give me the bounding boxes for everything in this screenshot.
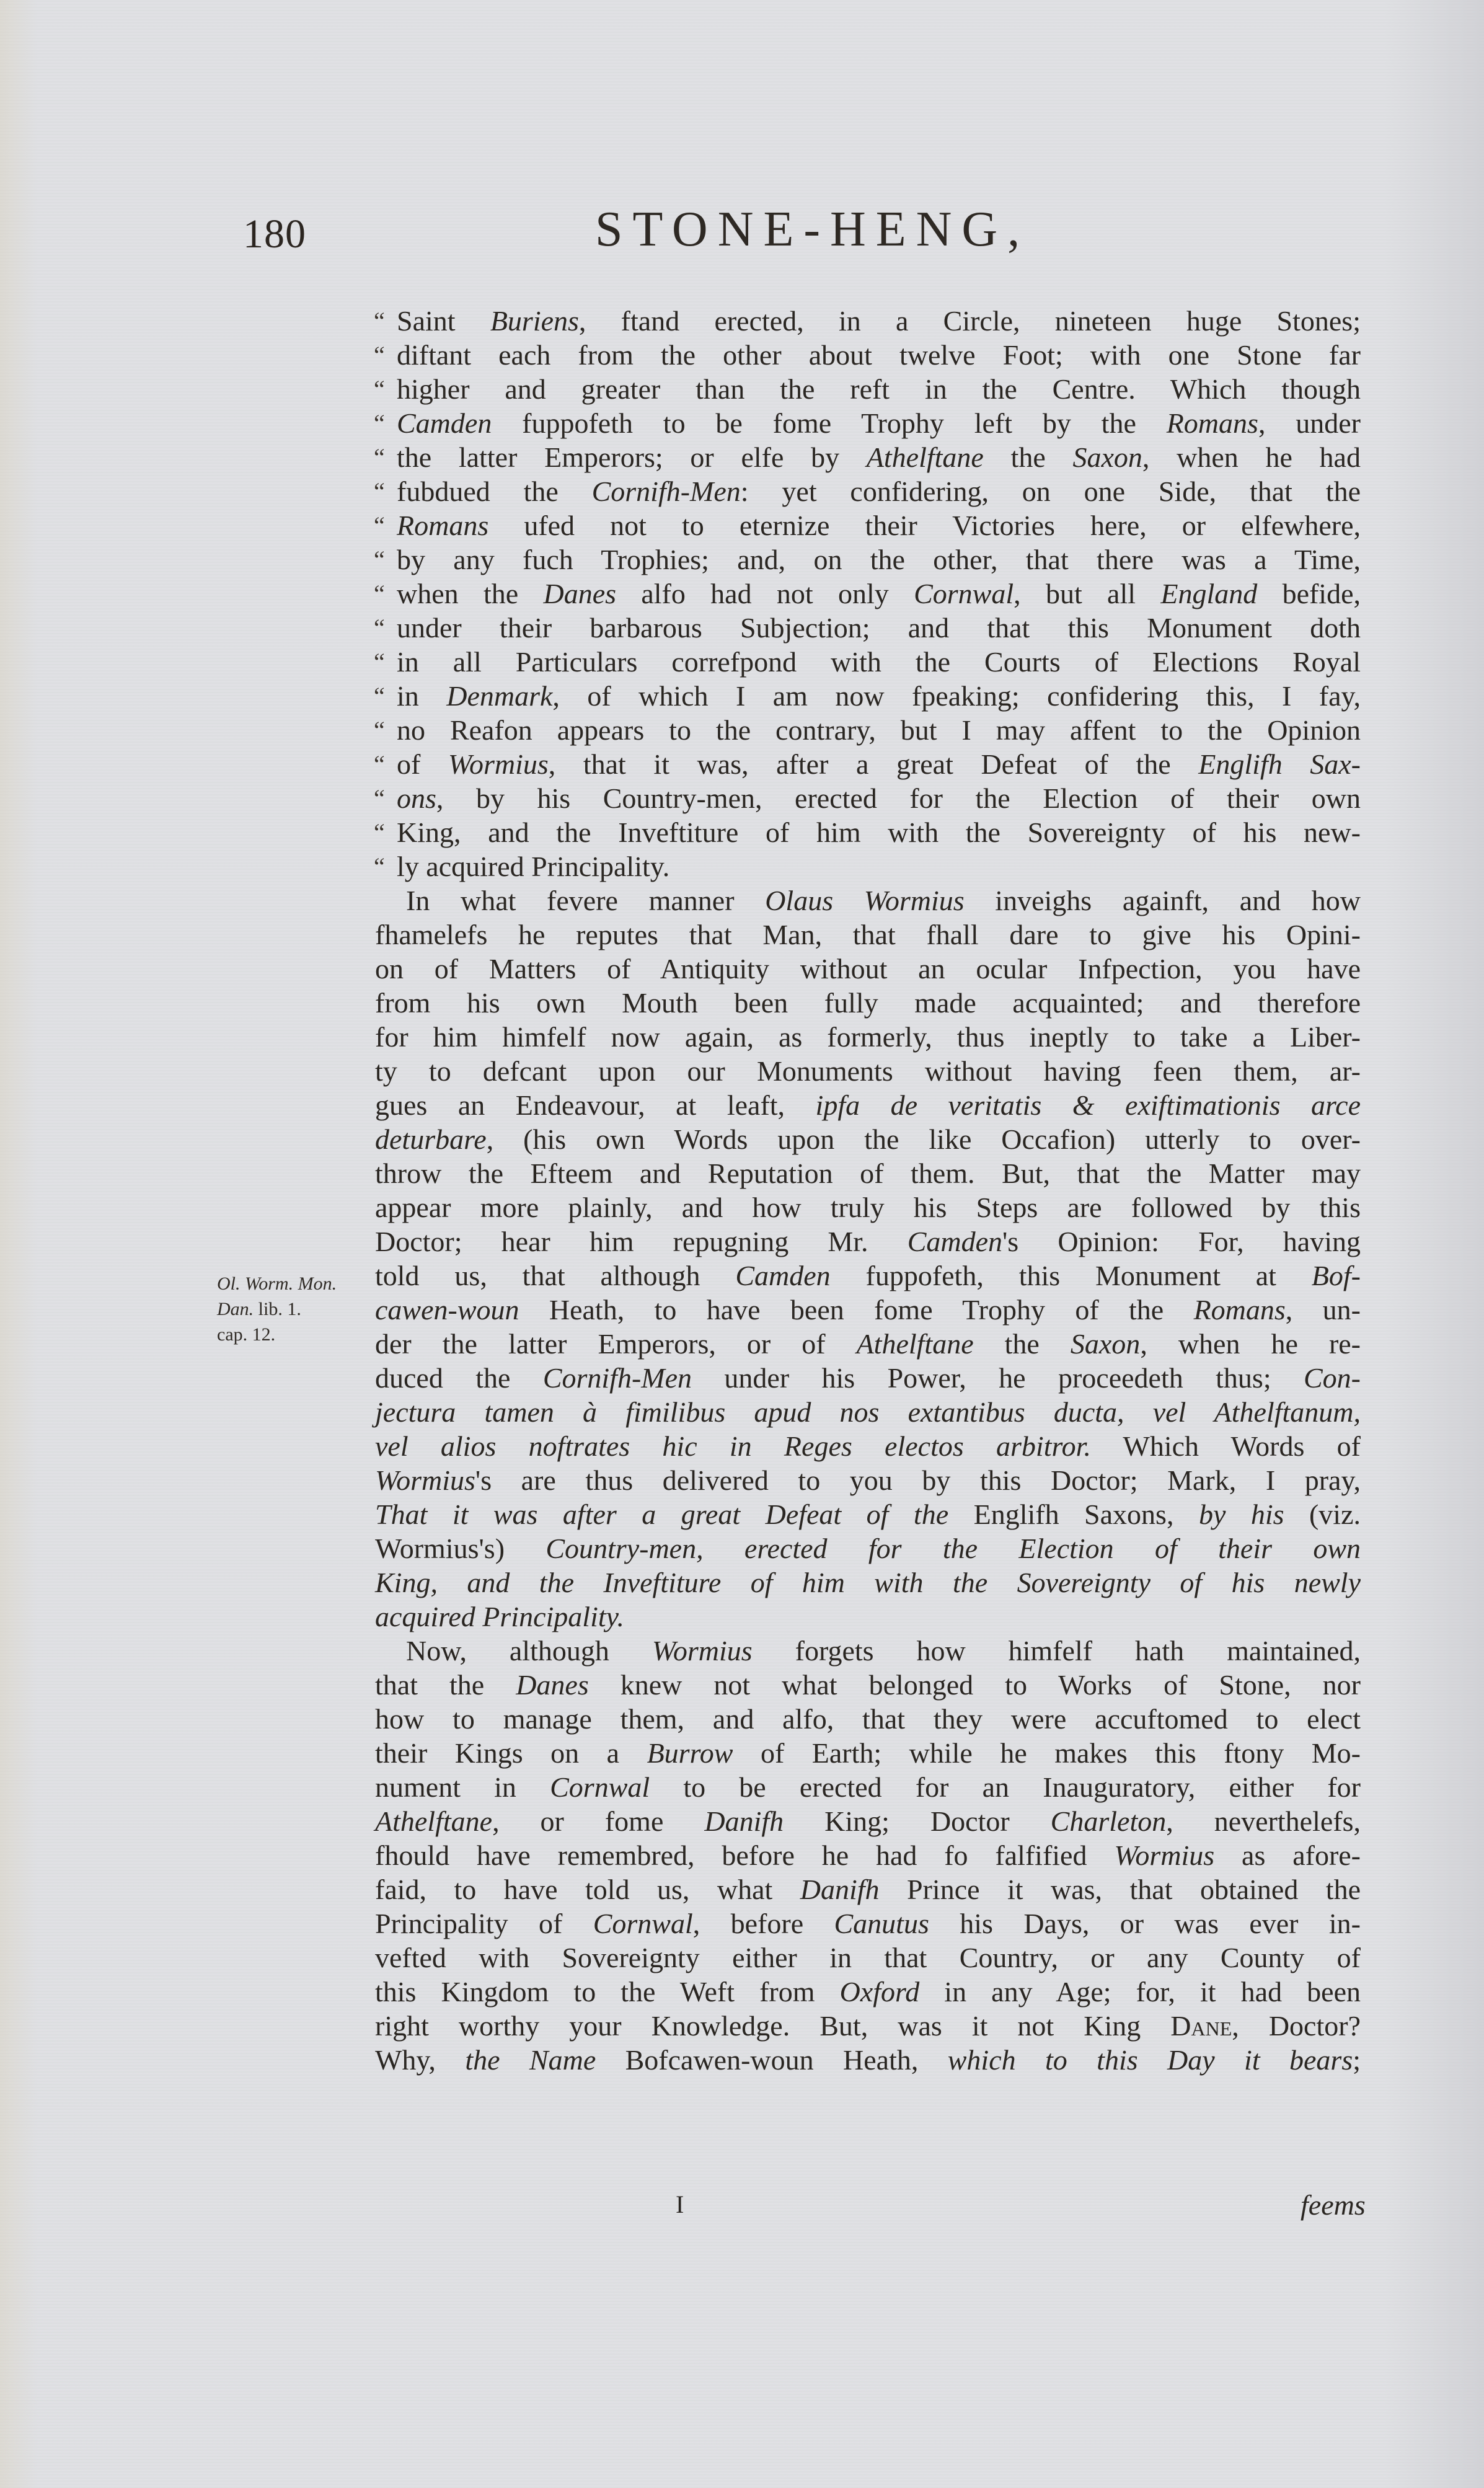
text-run: in — [397, 680, 446, 712]
text-line: That it was after a great Defeat of the … — [375, 1497, 1361, 1532]
text-run: to be erected for an Inauguratory, eithe… — [650, 1771, 1361, 1803]
italic-text: vel alios noftrates hic in Reges electos… — [375, 1430, 1091, 1462]
text-run: ty to defcant upon our Monuments without… — [375, 1055, 1361, 1087]
italic-text: Wormius — [652, 1635, 753, 1667]
text-run: forgets how himfelf hath maintained, — [753, 1635, 1361, 1667]
text-run: gues an Endeavour, at leaft, — [375, 1089, 816, 1121]
text-line: cawen-woun Heath, to have been fome Trop… — [375, 1293, 1361, 1327]
italic-text: ons — [397, 782, 436, 814]
quotation-mark: “ — [374, 849, 385, 884]
marginal-note-line: Dan. lib. 1. — [217, 1296, 384, 1322]
text-run: alfo had not only — [616, 578, 914, 609]
text-run: knew not what belonged to Works of Stone… — [589, 1669, 1361, 1701]
marginal-note-line: cap. 12. — [217, 1322, 384, 1347]
text-run: fubdued the — [397, 476, 592, 507]
text-run: vefted with Sovereignty either in that C… — [375, 1942, 1361, 1973]
italic-text: Buriens — [490, 305, 579, 337]
quotation-mark: “ — [374, 815, 385, 850]
quotation-mark: “ — [374, 508, 385, 543]
text-line: Saint Buriens, ftand erected, in a Circl… — [397, 304, 1361, 339]
italic-text: Wormius — [375, 1464, 475, 1496]
text-run: ufed not to eternize their Victories her… — [488, 510, 1361, 541]
text-line: jectura tamen à fimilibus apud nos extan… — [375, 1395, 1361, 1430]
italic-text: Athelftane — [867, 441, 984, 473]
italic-text: acquired Principality. — [375, 1601, 624, 1632]
italic-text: Athelftane — [857, 1328, 974, 1360]
text-line: Doctor; hear him repugning Mr. Camden's … — [375, 1224, 1361, 1259]
italic-text: Oxford — [840, 1976, 920, 2008]
text-run: , neverthelefs, — [1166, 1805, 1361, 1837]
text-run: , when he re- — [1140, 1328, 1361, 1360]
text-line: Camden fuppofeth to be fome Trophy left … — [397, 406, 1361, 441]
text-run: , (his own Words upon the like Occafion)… — [487, 1123, 1361, 1155]
page-number: 180 — [243, 211, 306, 258]
text-run: : yet confidering, on one Side, that the — [741, 476, 1361, 507]
text-run: , when he had — [1142, 441, 1361, 473]
text-run: on of Matters of Antiquity without an oc… — [375, 953, 1361, 985]
text-run: their Kings on a — [375, 1737, 647, 1769]
text-run: for him himfelf now again, as formerly, … — [375, 1021, 1361, 1053]
text-line: Wormius's) Country-men, erected for the … — [375, 1531, 1361, 1566]
text-run: fuppofeth, this Monument at — [831, 1260, 1312, 1291]
text-line: when the Danes alfo had not only Cornwal… — [397, 577, 1361, 611]
text-run: Saint — [397, 305, 490, 337]
text-line: ty to defcant upon our Monuments without… — [375, 1054, 1361, 1089]
italic-text: Burrow — [647, 1737, 733, 1769]
text-line: diftant each from the other about twelve… — [397, 338, 1361, 373]
text-run: In what fevere manner — [406, 885, 765, 916]
text-line: throw the Efteem and Reputation of them.… — [375, 1156, 1361, 1191]
italic-text: Charleton — [1051, 1805, 1167, 1837]
text-run: lib. 1. — [254, 1299, 301, 1319]
text-run: told us, that although — [375, 1260, 735, 1291]
text-line: for him himfelf now again, as formerly, … — [375, 1020, 1361, 1055]
text-line: King, and the Inveftiture of him with th… — [375, 1565, 1361, 1600]
marginal-note-line: Ol. Worm. Mon. — [217, 1271, 384, 1296]
text-run: Doctor; hear him repugning Mr. — [375, 1226, 908, 1257]
text-line: fhould have remembred, before he had fo … — [375, 1838, 1361, 1873]
quotation-mark: “ — [374, 542, 385, 577]
text-run: this Kingdom to the Weft from — [375, 1976, 840, 2008]
italic-text: Romans — [1194, 1294, 1286, 1326]
text-run: throw the Efteem and Reputation of them.… — [375, 1158, 1361, 1189]
italic-text: Olaus Wormius — [765, 885, 964, 916]
text-run: the latter Emperors; or elfe by — [397, 441, 867, 473]
text-line: faid, to have told us, what Danifh Princ… — [375, 1872, 1361, 1907]
text-run: ly acquired Principality. — [397, 851, 669, 882]
text-line: higher and greater than the reft in the … — [397, 372, 1361, 407]
text-line: their Kings on a Burrow of Earth; while … — [375, 1736, 1361, 1771]
italic-text: cawen-woun — [375, 1294, 519, 1326]
text-run: , Doctor? — [1232, 2010, 1361, 2042]
text-run: 's Opinion: For, having — [1002, 1226, 1361, 1257]
text-run: how to manage them, and alfo, that they … — [375, 1703, 1361, 1735]
text-line: vel alios noftrates hic in Reges electos… — [375, 1429, 1361, 1464]
text-line: this Kingdom to the Weft from Oxford in … — [375, 1975, 1361, 2009]
text-run: , by his Country-men, erected for the El… — [436, 782, 1361, 814]
text-line: in Denmark, of which I am now fpeaking; … — [397, 679, 1361, 714]
text-run: in all Particulars correfpond with the C… — [397, 646, 1361, 678]
italic-text: Saxon — [1071, 1328, 1140, 1360]
italic-text: Canutus — [834, 1908, 929, 1939]
text-run: the — [984, 441, 1073, 473]
text-run: Heath, to have been fome Trophy of the — [519, 1294, 1194, 1326]
book-page: 180 STONE-HENG, Ol. Worm. Mon.Dan. lib. … — [0, 0, 1484, 2488]
italic-text: England — [1160, 578, 1257, 609]
italic-text: ipfa de veritatis & exiftimationis arce — [816, 1089, 1361, 1121]
text-run: 's are thus delivered to you by this Doc… — [475, 1464, 1361, 1496]
text-line: the latter Emperors; or elfe by Athelfta… — [397, 440, 1361, 475]
italic-text: Romans — [1167, 407, 1258, 439]
text-run: , under — [1258, 407, 1361, 439]
text-run: befide, — [1257, 578, 1361, 609]
text-run: Principality of — [375, 1908, 593, 1939]
text-run: fuppofeth to be fome Trophy left by the — [492, 407, 1166, 439]
text-line: gues an Endeavour, at leaft, ipfa de ver… — [375, 1088, 1361, 1123]
text-run: (viz. — [1284, 1499, 1361, 1530]
text-run: , before — [693, 1908, 834, 1939]
italic-text: Danifh — [704, 1805, 784, 1837]
text-run: inveighs againft, and how — [965, 885, 1361, 916]
quotation-mark: “ — [374, 440, 385, 475]
text-line: ons, by his Country-men, erected for the… — [397, 781, 1361, 816]
italic-text: Bof- — [1312, 1260, 1361, 1291]
text-run: ; — [1353, 2044, 1361, 2076]
italic-text: Romans — [397, 510, 488, 541]
quotation-mark: “ — [374, 372, 385, 407]
italic-text: jectura tamen à fimilibus apud nos extan… — [375, 1396, 1361, 1428]
quotation-mark: “ — [374, 747, 385, 782]
italic-text: by his — [1199, 1499, 1284, 1530]
text-run: , ftand erected, in a Circle, nineteen h… — [579, 305, 1361, 337]
italic-text: Camden — [908, 1226, 1002, 1257]
quotation-mark: “ — [374, 577, 385, 611]
text-line: on of Matters of Antiquity without an oc… — [375, 952, 1361, 986]
italic-text: Denmark — [446, 680, 552, 712]
text-line: ly acquired Principality. — [397, 849, 1361, 884]
text-run: when the — [397, 578, 543, 609]
text-line: appear more plainly, and how truly his S… — [375, 1190, 1361, 1225]
text-line: no Reafon appears to the contrary, but I… — [397, 713, 1361, 748]
quotation-mark: “ — [374, 781, 385, 816]
small-caps-text: Dane — [1170, 2010, 1232, 2042]
text-run: , but all — [1014, 578, 1160, 609]
text-run: , of which I am now fpeaking; confiderin… — [552, 680, 1361, 712]
italic-text: Camden — [735, 1260, 830, 1291]
text-run: Bofcawen-woun Heath, — [596, 2044, 948, 2076]
italic-text: Cornwal — [914, 578, 1014, 609]
text-run: his Days, or was ever in- — [929, 1908, 1361, 1939]
text-run: Why, — [375, 2044, 465, 2076]
text-line: Principality of Cornwal, before Canutus … — [375, 1906, 1361, 1941]
text-line: Athelftane, or fome Danifh King; Doctor … — [375, 1804, 1361, 1839]
italic-text: Cornifh-Men — [592, 476, 741, 507]
text-run: fhould have remembred, before he had fo … — [375, 1839, 1114, 1871]
text-run: King; Doctor — [784, 1805, 1051, 1837]
text-run: from his own Mouth been fully made acqua… — [375, 987, 1361, 1019]
italic-text: That it was after a great Defeat of the — [375, 1499, 974, 1530]
italic-text: Country-men, erected for the Election of… — [545, 1533, 1361, 1564]
text-line: fubdued the Cornifh-Men: yet confidering… — [397, 474, 1361, 509]
text-run: Englifh Saxons, — [974, 1499, 1199, 1530]
quotation-mark: “ — [374, 679, 385, 714]
text-run: , that it was, after a great Defeat of t… — [549, 748, 1198, 780]
text-run: that the — [375, 1669, 516, 1701]
catchword: feems — [1301, 2189, 1366, 2221]
italic-text: Wormius — [448, 748, 549, 780]
text-line: how to manage them, and alfo, that they … — [375, 1702, 1361, 1737]
italic-text: Danes — [516, 1669, 589, 1701]
text-run: no Reafon appears to the contrary, but I… — [397, 714, 1361, 746]
quotation-mark: “ — [374, 713, 385, 748]
text-run: under their barbarous Subjection; and th… — [397, 612, 1361, 644]
marginal-note: Ol. Worm. Mon.Dan. lib. 1.cap. 12. — [217, 1271, 384, 1347]
italic-text: Saxon — [1072, 441, 1142, 473]
text-run: King, and the Inveftiture of him with th… — [397, 817, 1361, 848]
quotation-mark: “ — [374, 304, 385, 339]
quotation-mark: “ — [374, 645, 385, 680]
italic-text: Wormius — [1114, 1839, 1214, 1871]
text-line: Romans ufed not to eternize their Victor… — [397, 508, 1361, 543]
text-line: In what fevere manner Olaus Wormius inve… — [406, 883, 1361, 918]
italic-text: deturbare — [375, 1123, 487, 1155]
text-run: duced the — [375, 1362, 543, 1394]
italic-text: Con- — [1304, 1362, 1361, 1394]
text-run: Now, although — [406, 1635, 652, 1667]
text-line: from his own Mouth been fully made acqua… — [375, 986, 1361, 1020]
text-line: Why, the Name Bofcawen-woun Heath, which… — [375, 2043, 1361, 2078]
text-run: nument in — [375, 1771, 550, 1803]
text-line: nument in Cornwal to be erected for an I… — [375, 1770, 1361, 1805]
text-run: cap. 12. — [217, 1324, 275, 1345]
text-run: , or fome — [492, 1805, 704, 1837]
italic-text: Athelftane — [375, 1805, 492, 1837]
text-run: faid, to have told us, what — [375, 1874, 800, 1905]
text-line: Wormius's are thus delivered to you by t… — [375, 1463, 1361, 1498]
text-run: in any Age; for, it had been — [919, 1976, 1361, 2008]
text-run: diftant each from the other about twelve… — [397, 339, 1361, 371]
text-line: under their barbarous Subjection; and th… — [397, 611, 1361, 645]
text-line: fhamelefs he reputes that Man, that fhal… — [375, 918, 1361, 952]
quotation-mark: “ — [374, 338, 385, 373]
text-run: under his Power, he proceedeth thus; — [692, 1362, 1304, 1394]
text-line: of Wormius, that it was, after a great D… — [397, 747, 1361, 782]
text-run: , un- — [1286, 1294, 1361, 1326]
text-line: acquired Principality. — [375, 1600, 1361, 1634]
text-run: of — [397, 748, 448, 780]
italic-text: the Name — [465, 2044, 596, 2076]
italic-text: Danifh — [800, 1874, 880, 1905]
signature-mark: I — [676, 2190, 684, 2219]
text-run: Wormius's) — [375, 1533, 545, 1564]
text-line: deturbare, (his own Words upon the like … — [375, 1122, 1361, 1157]
italic-text: Danes — [543, 578, 616, 609]
running-title: STONE-HENG, — [595, 201, 1030, 258]
quotation-mark: “ — [374, 611, 385, 645]
text-run: der the latter Emperors, or of — [375, 1328, 857, 1360]
italic-text: Cornifh-Men — [543, 1362, 692, 1394]
text-line: told us, that although Camden fuppofeth,… — [375, 1259, 1361, 1293]
text-run: fhamelefs he reputes that Man, that fhal… — [375, 919, 1361, 950]
text-run: by any fuch Trophies; and, on the other,… — [397, 544, 1361, 575]
text-line: that the Danes knew not what belonged to… — [375, 1668, 1361, 1702]
text-run: appear more plainly, and how truly his S… — [375, 1192, 1361, 1223]
italic-text: Cornwal — [550, 1771, 650, 1803]
text-line: duced the Cornifh-Men under his Power, h… — [375, 1361, 1361, 1396]
text-run: of Earth; while he makes this ftony Mo- — [733, 1737, 1361, 1769]
italic-text: Ol. Worm. Mon. — [217, 1273, 337, 1294]
italic-text: Camden — [397, 407, 492, 439]
text-run: Which Words of — [1091, 1430, 1361, 1462]
italic-text: Englifh Sax- — [1198, 748, 1361, 780]
text-run: as afore- — [1214, 1839, 1361, 1871]
quotation-mark: “ — [374, 474, 385, 509]
quotation-mark: “ — [374, 406, 385, 441]
italic-text: which to this Day it bears — [948, 2044, 1353, 2076]
italic-text: King, and the Inveftiture of him with th… — [375, 1567, 1361, 1598]
text-run: higher and greater than the reft in the … — [397, 373, 1361, 405]
text-run: right worthy your Knowledge. But, was it… — [375, 2010, 1170, 2042]
text-line: right worthy your Knowledge. But, was it… — [375, 2009, 1361, 2043]
italic-text: Dan. — [217, 1299, 254, 1319]
text-line: in all Particulars correfpond with the C… — [397, 645, 1361, 680]
text-run: Prince it was, that obtained the — [880, 1874, 1361, 1905]
italic-text: Cornwal — [593, 1908, 693, 1939]
text-line: Now, although Wormius forgets how himfel… — [406, 1634, 1361, 1668]
text-run: the — [974, 1328, 1071, 1360]
text-line: der the latter Emperors, or of Athelftan… — [375, 1327, 1361, 1361]
text-line: King, and the Inveftiture of him with th… — [397, 815, 1361, 850]
text-line: by any fuch Trophies; and, on the other,… — [397, 542, 1361, 577]
text-line: vefted with Sovereignty either in that C… — [375, 1941, 1361, 1975]
